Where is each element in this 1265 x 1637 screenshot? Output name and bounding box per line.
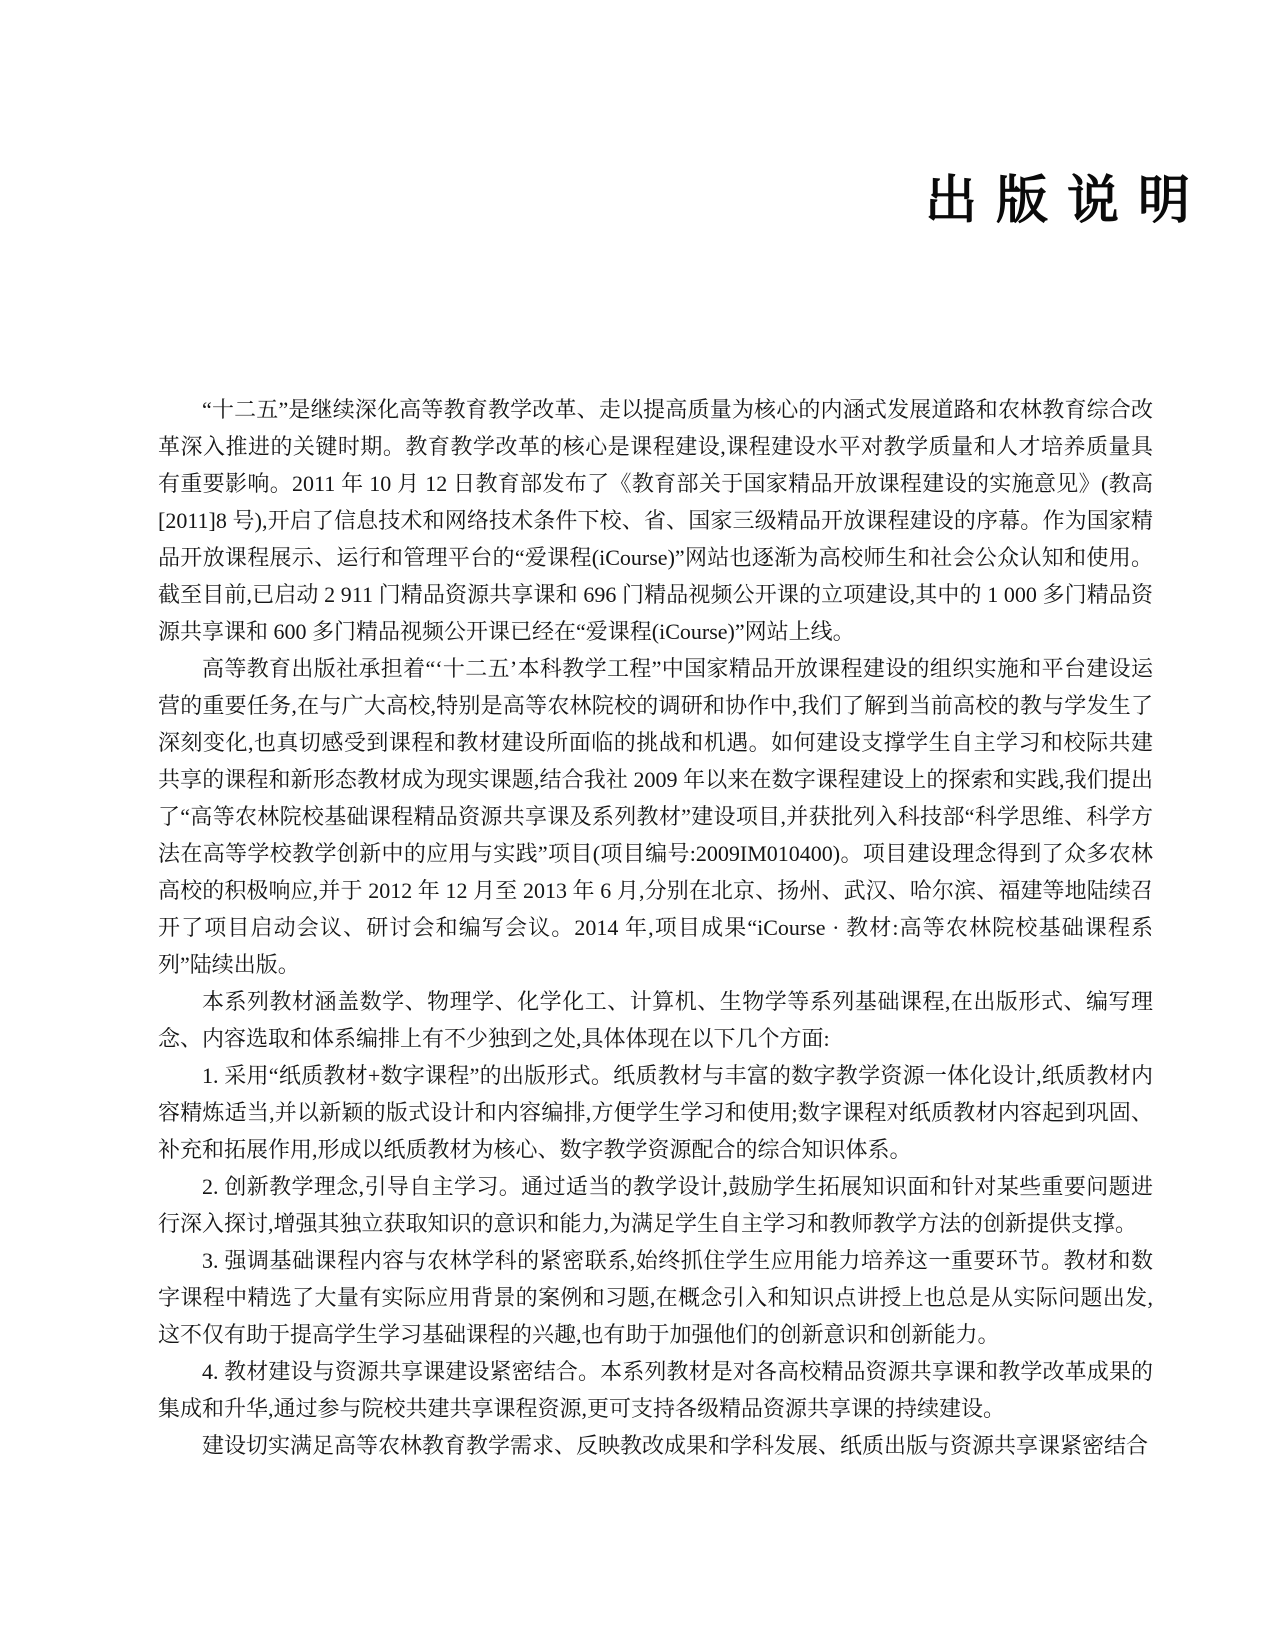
paragraph-point-2: 2. 创新教学理念,引导自主学习。通过适当的教学设计,鼓励学生拓展知识面和针对某… [158,1168,1153,1242]
paragraph-point-3: 3. 强调基础课程内容与农林学科的紧密联系,始终抓住学生应用能力培养这一重要环节… [158,1242,1153,1353]
paragraph-series-overview: 本系列教材涵盖数学、物理学、化学化工、计算机、生物学等系列基础课程,在出版形式、… [158,983,1153,1057]
paragraph-point-1: 1. 采用“纸质教材+数字课程”的出版形式。纸质教材与丰富的数字教学资源一体化设… [158,1057,1153,1168]
page-container: 出 版 说 明 “十二五”是继续深化高等教育教学改革、走以提高质量为核心的内涵式… [158,0,1153,1464]
paragraph-publisher: 高等教育出版社承担着“‘十二五’本科教学工程”中国家精品开放课程建设的组织实施和… [158,650,1153,983]
paragraph-intro: “十二五”是继续深化高等教育教学改革、走以提高质量为核心的内涵式发展道路和农林教… [158,391,1153,650]
page-title: 出 版 说 明 [158,158,1193,233]
paragraph-closing: 建设切实满足高等农林教育教学需求、反映教改成果和学科发展、纸质出版与资源共享课紧… [158,1427,1153,1464]
paragraph-point-4: 4. 教材建设与资源共享课建设紧密结合。本系列教材是对各高校精品资源共享课和教学… [158,1353,1153,1427]
document-body: “十二五”是继续深化高等教育教学改革、走以提高质量为核心的内涵式发展道路和农林教… [158,391,1153,1464]
